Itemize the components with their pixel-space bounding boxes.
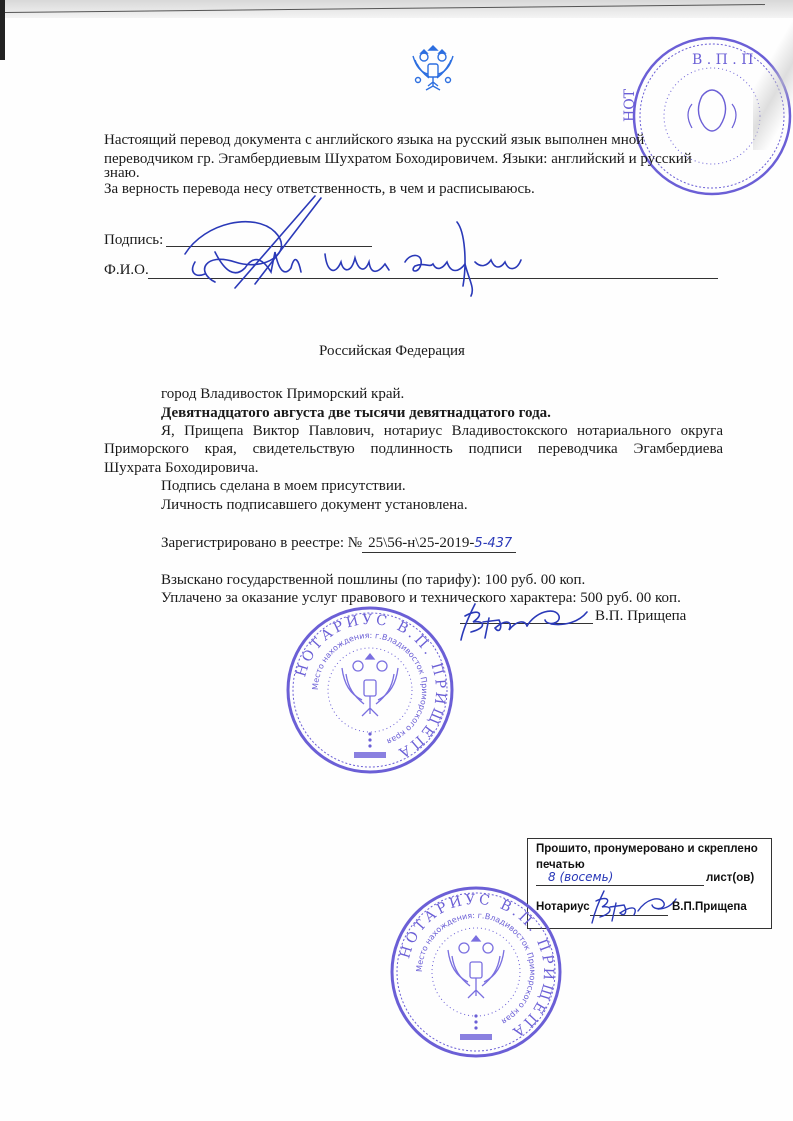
registry-handwritten-number: 5-437 <box>474 536 512 551</box>
coat-of-arms-icon <box>410 42 456 94</box>
pages-handwritten: 8 (восемь) <box>548 870 613 884</box>
svg-text:Место нахождения: г.Владивосто: Место нахождения: г.Владивосток Приморск… <box>311 631 429 746</box>
svg-text:В . П . П: В . П . П <box>692 52 753 68</box>
translator-statement-line-3: знаю. <box>104 165 140 182</box>
registry-number-field: 25\56-н\25-2019-5-437 <box>362 535 516 553</box>
pages-suffix: лист(ов) <box>706 872 754 884</box>
paper-fold <box>753 0 793 150</box>
notary-stamp-bottom: НОТАРИУС В.П. ПРИЩЕПА Место нахождения: … <box>388 884 564 1060</box>
scan-top-edge <box>0 0 793 18</box>
presence-line: Подпись сделана в моем присутствии. <box>161 478 406 495</box>
svg-text:НОТ: НОТ <box>622 88 638 122</box>
identity-line: Личность подписавшего документ установле… <box>161 497 468 514</box>
translator-signature <box>175 192 595 300</box>
translator-statement-line-1: Настоящий перевод документа с английског… <box>104 132 644 149</box>
scan-left-edge <box>0 0 5 60</box>
fio-label: Ф.И.О. <box>104 262 149 279</box>
svg-text:Место нахождения: г.Владивосто: Место нахождения: г.Владивосток Приморск… <box>415 911 537 1026</box>
notary-name: В.П. Прищепа <box>595 608 686 625</box>
registry-number: 25\56-н\25-2019- <box>368 535 474 551</box>
notary-stamp-middle: НОТАРИУС В.П. ПРИЩЕПА Место нахождения: … <box>284 604 456 776</box>
binding-line-1: Прошито, пронумеровано и скреплено <box>536 843 758 855</box>
registry-label: Зарегистрировано в реестре: № <box>161 535 362 551</box>
binding-notary-signature <box>588 887 678 927</box>
notary-para-line-3: Шухрата Боходировича. <box>104 460 259 477</box>
date-line: Девятнадцатого августа две тысячи девятн… <box>161 405 551 422</box>
city-line: город Владивосток Приморский край. <box>161 386 404 403</box>
notary-para-line-2: Приморского края, свидетельствую подлинн… <box>104 441 723 458</box>
fee-line: Взыскано государственной пошлины (по тар… <box>161 572 585 589</box>
notary-signature <box>455 598 595 644</box>
translator-statement-line-2: переводчиком гр. Эгамбердиевым Шухратом … <box>104 151 692 168</box>
registry-line: Зарегистрировано в реестре: №25\56-н\25-… <box>161 535 516 553</box>
signature-label: Подпись: <box>104 232 163 249</box>
document-page: В . П . П НОТ Настоящий перевод документ… <box>0 0 793 1121</box>
notary-para-line-1: Я, Прищепа Виктор Павлович, нотариус Вла… <box>161 423 723 440</box>
country-title: Российская Федерация <box>319 343 465 360</box>
binding-notary-name: В.П.Прищепа <box>672 901 747 913</box>
